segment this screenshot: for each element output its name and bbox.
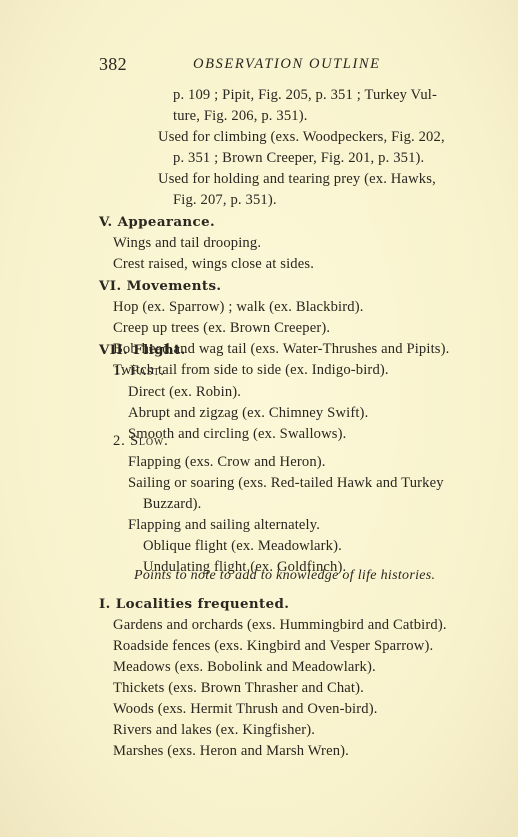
list-item: Meadows (exs. Bobolink and Meadowlark).: [113, 658, 376, 676]
list-item: Crest raised, wings close at sides.: [113, 255, 314, 273]
list-item: Abrupt and zigzag (ex. Chimney Swift).: [128, 404, 368, 422]
text-line: p. 351 ; Brown Creeper, Fig. 201, p. 351…: [173, 149, 424, 167]
section-heading-localities: I. Localities frequented.: [99, 595, 289, 613]
list-item: Woods (exs. Hermit Thrush and Oven-bird)…: [113, 700, 378, 718]
subsection-slow: 2. Slow.: [113, 432, 169, 450]
life-histories-subtitle: Points to note to add to knowledge of li…: [134, 567, 435, 585]
list-item: Flapping and sailing alternately.: [128, 516, 320, 534]
list-item: Direct (ex. Robin).: [128, 383, 241, 401]
list-item: Gardens and orchards (exs. Hummingbird a…: [113, 616, 447, 634]
text-line: Used for climbing (exs. Woodpeckers, Fig…: [158, 128, 445, 146]
list-item: Creep up trees (ex. Brown Creeper).: [113, 319, 330, 337]
list-item: Roadside fences (exs. Kingbird and Vespe…: [113, 637, 433, 655]
list-item: Hop (ex. Sparrow) ; walk (ex. Blackbird)…: [113, 298, 364, 316]
list-item: Buzzard).: [143, 495, 201, 513]
section-numeral: VI.: [99, 278, 122, 294]
list-item: Wings and tail drooping.: [113, 234, 261, 252]
running-title: OBSERVATION OUTLINE: [193, 56, 381, 73]
section-heading-flight-text: VII. Flight.: [99, 341, 186, 359]
list-item: Marshes (exs. Heron and Marsh Wren).: [113, 742, 349, 760]
page-number: 382: [99, 54, 127, 75]
text-line: ture, Fig. 206, p. 351).: [173, 107, 308, 125]
book-page: 382 OBSERVATION OUTLINE p. 109 ; Pipit, …: [0, 0, 518, 837]
section-title: Movements.: [127, 278, 222, 294]
list-item: Thickets (exs. Brown Thrasher and Chat).: [113, 679, 364, 697]
section-title: Flight.: [133, 342, 185, 358]
list-item: Sailing or soaring (exs. Red-tailed Hawk…: [128, 474, 444, 492]
section-numeral: I.: [99, 596, 111, 612]
list-item: Flapping (exs. Crow and Heron).: [128, 453, 326, 471]
list-item: Oblique flight (ex. Meadowlark).: [143, 537, 342, 555]
section-heading-movements: VI. Movements.: [99, 277, 221, 295]
section-title: Localities frequented.: [116, 596, 290, 612]
text-line: p. 109 ; Pipit, Fig. 205, p. 351 ; Turke…: [173, 86, 437, 104]
section-title: Appearance.: [118, 214, 216, 230]
section-numeral: VII.: [99, 342, 128, 358]
section-numeral: V.: [99, 214, 113, 230]
text-line: Fig. 207, p. 351).: [173, 191, 277, 209]
page-header: 382 OBSERVATION OUTLINE: [0, 54, 518, 78]
subsection-fast: 1. Fast.: [113, 362, 165, 380]
text-line: Used for holding and tearing prey (ex. H…: [158, 170, 436, 188]
list-item: Rivers and lakes (ex. Kingfisher).: [113, 721, 315, 739]
section-heading-appearance: V. Appearance.: [99, 213, 215, 231]
